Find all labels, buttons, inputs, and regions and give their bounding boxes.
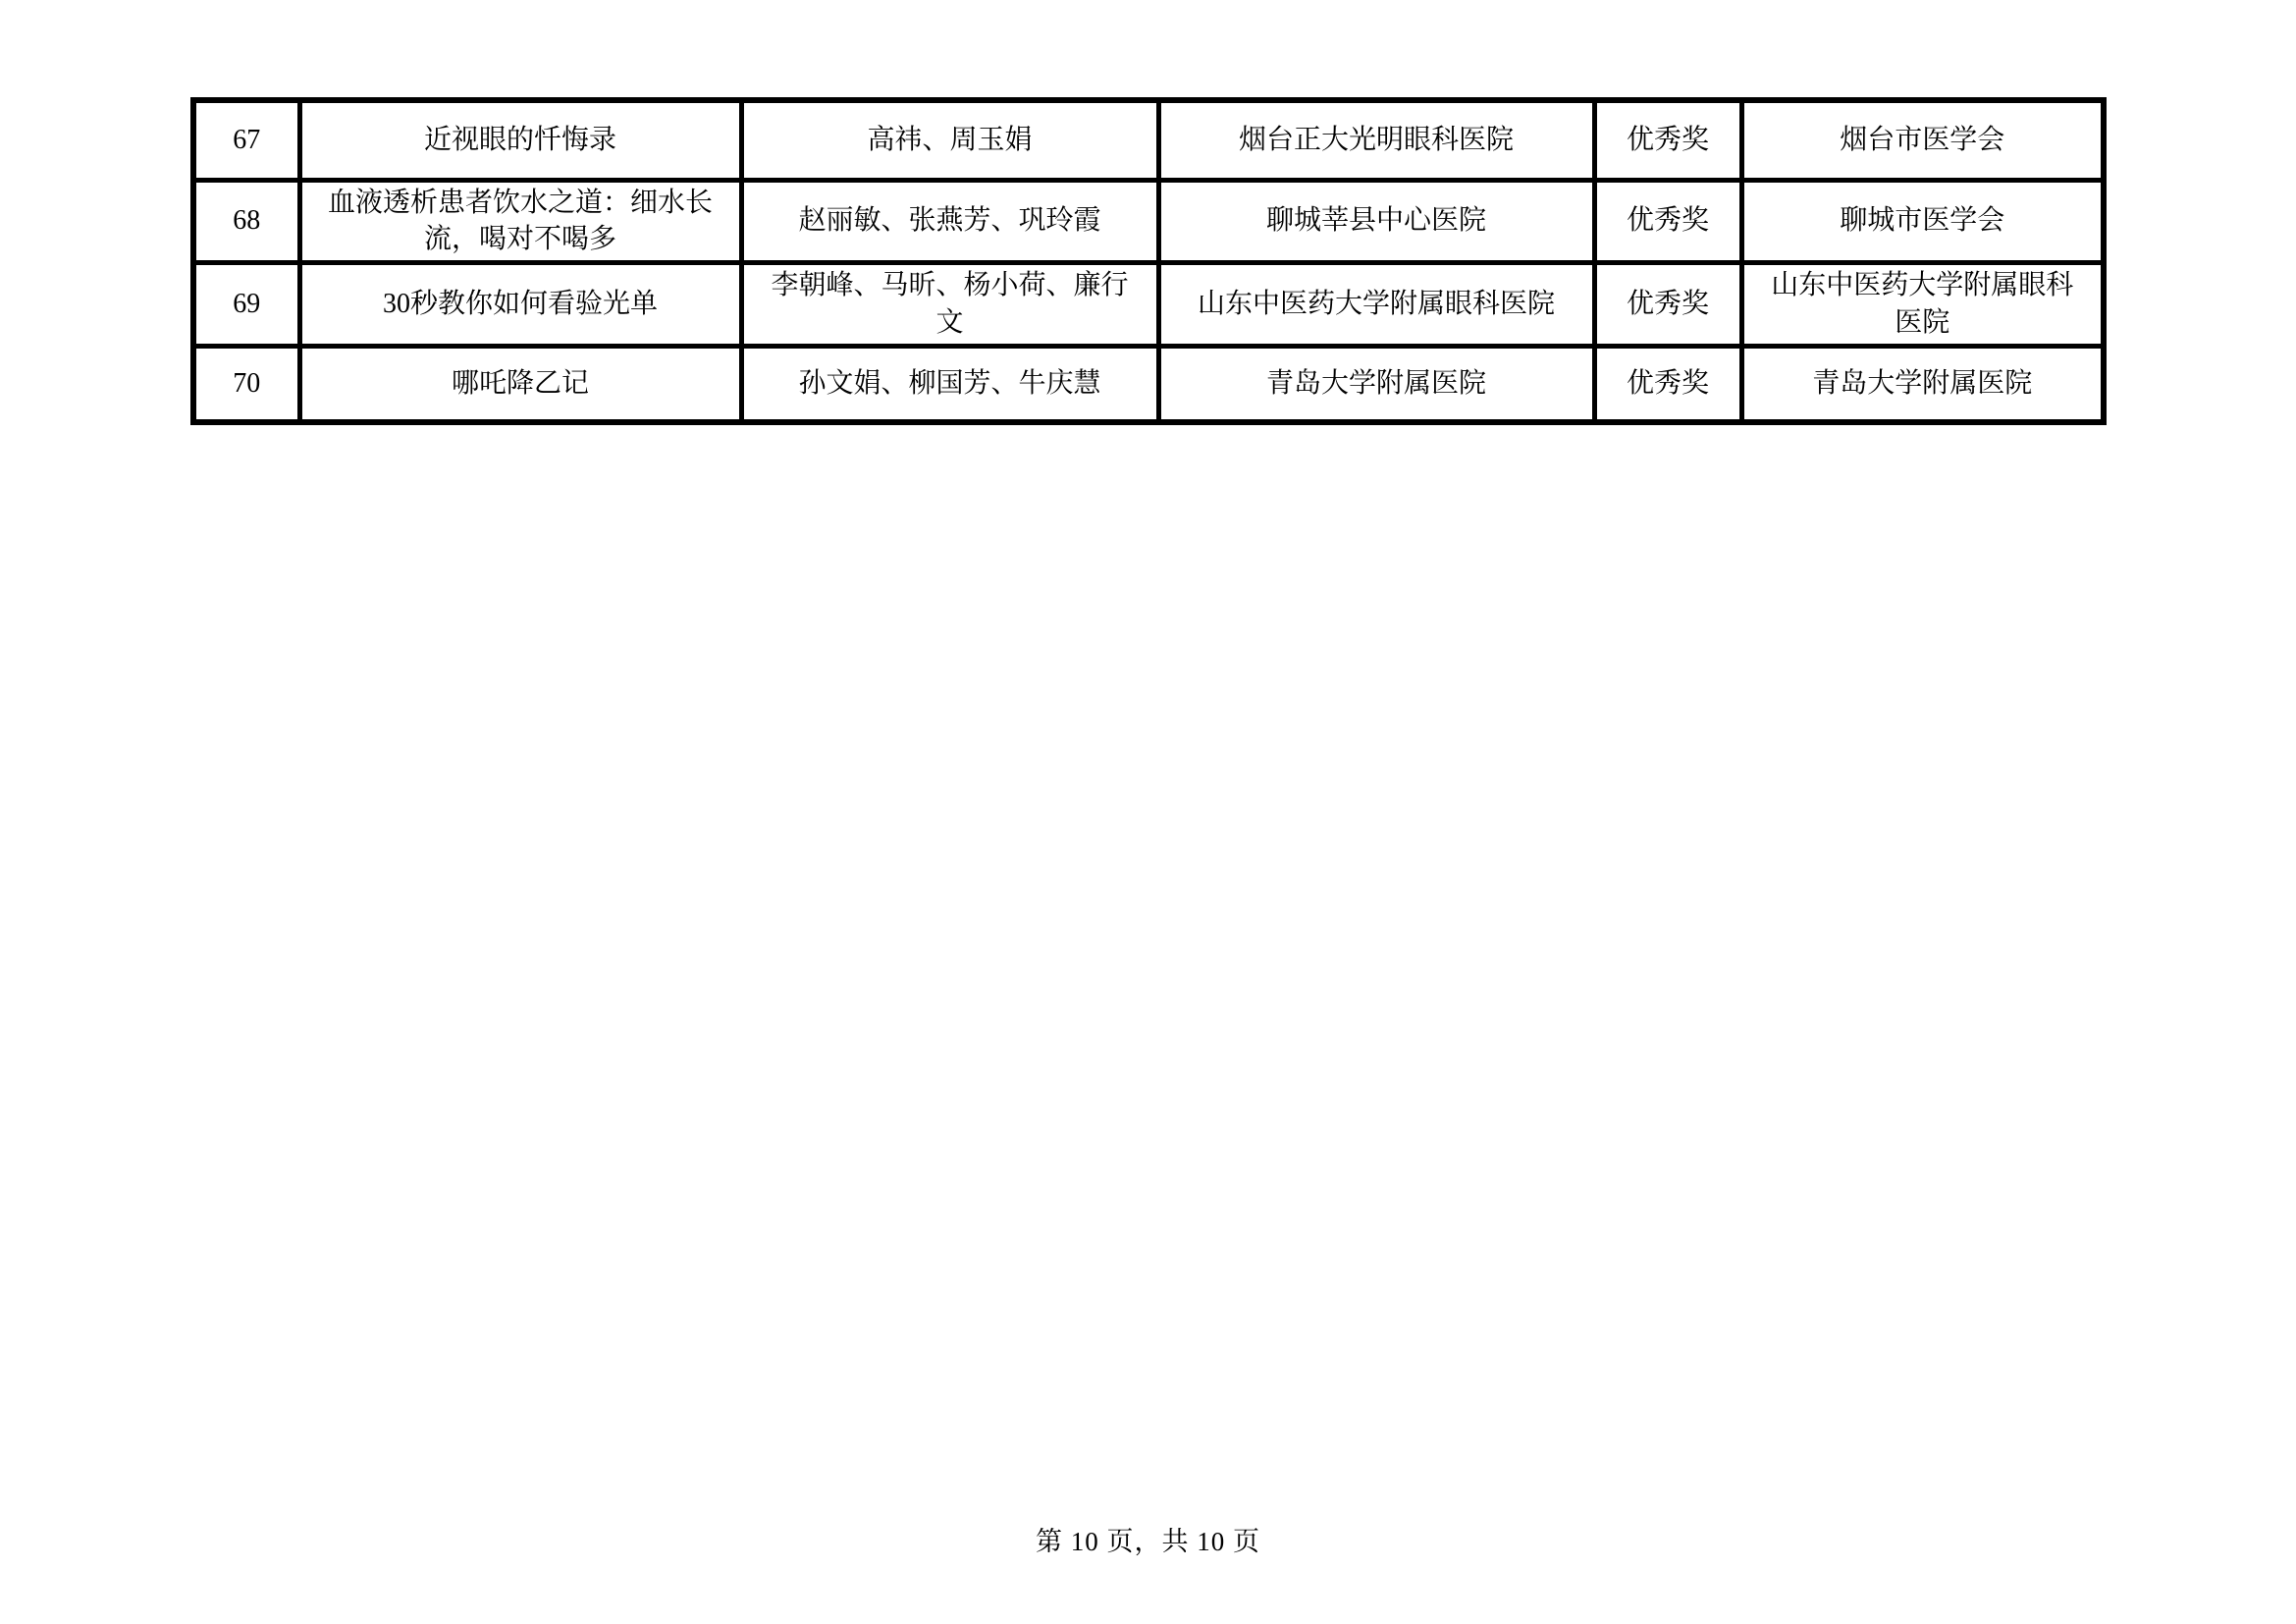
table-row: 70 哪吒降乙记 孙文娟、柳国芳、牛庆慧 青岛大学附属医院 优秀奖 青岛大学附属… bbox=[193, 346, 2104, 422]
authors: 高祎、周玉娟 bbox=[741, 100, 1158, 180]
award-level: 优秀奖 bbox=[1594, 263, 1741, 347]
authors: 赵丽敏、张燕芳、巩玲霞 bbox=[741, 180, 1158, 263]
authors: 李朝峰、马昕、杨小荷、廉行文 bbox=[741, 263, 1158, 347]
recommending-unit: 聊城市医学会 bbox=[1741, 180, 2104, 263]
work-unit: 聊城莘县中心医院 bbox=[1158, 180, 1594, 263]
award-level: 优秀奖 bbox=[1594, 100, 1741, 180]
recommending-unit: 山东中医药大学附属眼科医院 bbox=[1741, 263, 2104, 347]
document-page: 67 近视眼的忏悔录 高祎、周玉娟 烟台正大光明眼科医院 优秀奖 烟台市医学会 … bbox=[0, 0, 2296, 1624]
work-title: 血液透析患者饮水之道：细水长流，喝对不喝多 bbox=[299, 180, 741, 263]
work-title: 哪吒降乙记 bbox=[299, 346, 741, 422]
work-unit: 烟台正大光明眼科医院 bbox=[1158, 100, 1594, 180]
table-row: 67 近视眼的忏悔录 高祎、周玉娟 烟台正大光明眼科医院 优秀奖 烟台市医学会 bbox=[193, 100, 2104, 180]
entry-number: 69 bbox=[193, 263, 299, 347]
work-title: 近视眼的忏悔录 bbox=[299, 100, 741, 180]
table-row: 68 血液透析患者饮水之道：细水长流，喝对不喝多 赵丽敏、张燕芳、巩玲霞 聊城莘… bbox=[193, 180, 2104, 263]
entry-number: 68 bbox=[193, 180, 299, 263]
award-level: 优秀奖 bbox=[1594, 180, 1741, 263]
work-unit: 青岛大学附属医院 bbox=[1158, 346, 1594, 422]
entry-number: 70 bbox=[193, 346, 299, 422]
award-level: 优秀奖 bbox=[1594, 346, 1741, 422]
recommending-unit: 烟台市医学会 bbox=[1741, 100, 2104, 180]
work-unit: 山东中医药大学附属眼科医院 bbox=[1158, 263, 1594, 347]
work-title: 30秒教你如何看验光单 bbox=[299, 263, 741, 347]
recommending-unit: 青岛大学附属医院 bbox=[1741, 346, 2104, 422]
authors: 孙文娟、柳国芳、牛庆慧 bbox=[741, 346, 1158, 422]
entry-number: 67 bbox=[193, 100, 299, 180]
table-row: 69 30秒教你如何看验光单 李朝峰、马昕、杨小荷、廉行文 山东中医药大学附属眼… bbox=[193, 263, 2104, 347]
page-footer: 第 10 页，共 10 页 bbox=[0, 1520, 2296, 1558]
awards-table: 67 近视眼的忏悔录 高祎、周玉娟 烟台正大光明眼科医院 优秀奖 烟台市医学会 … bbox=[190, 97, 2107, 425]
